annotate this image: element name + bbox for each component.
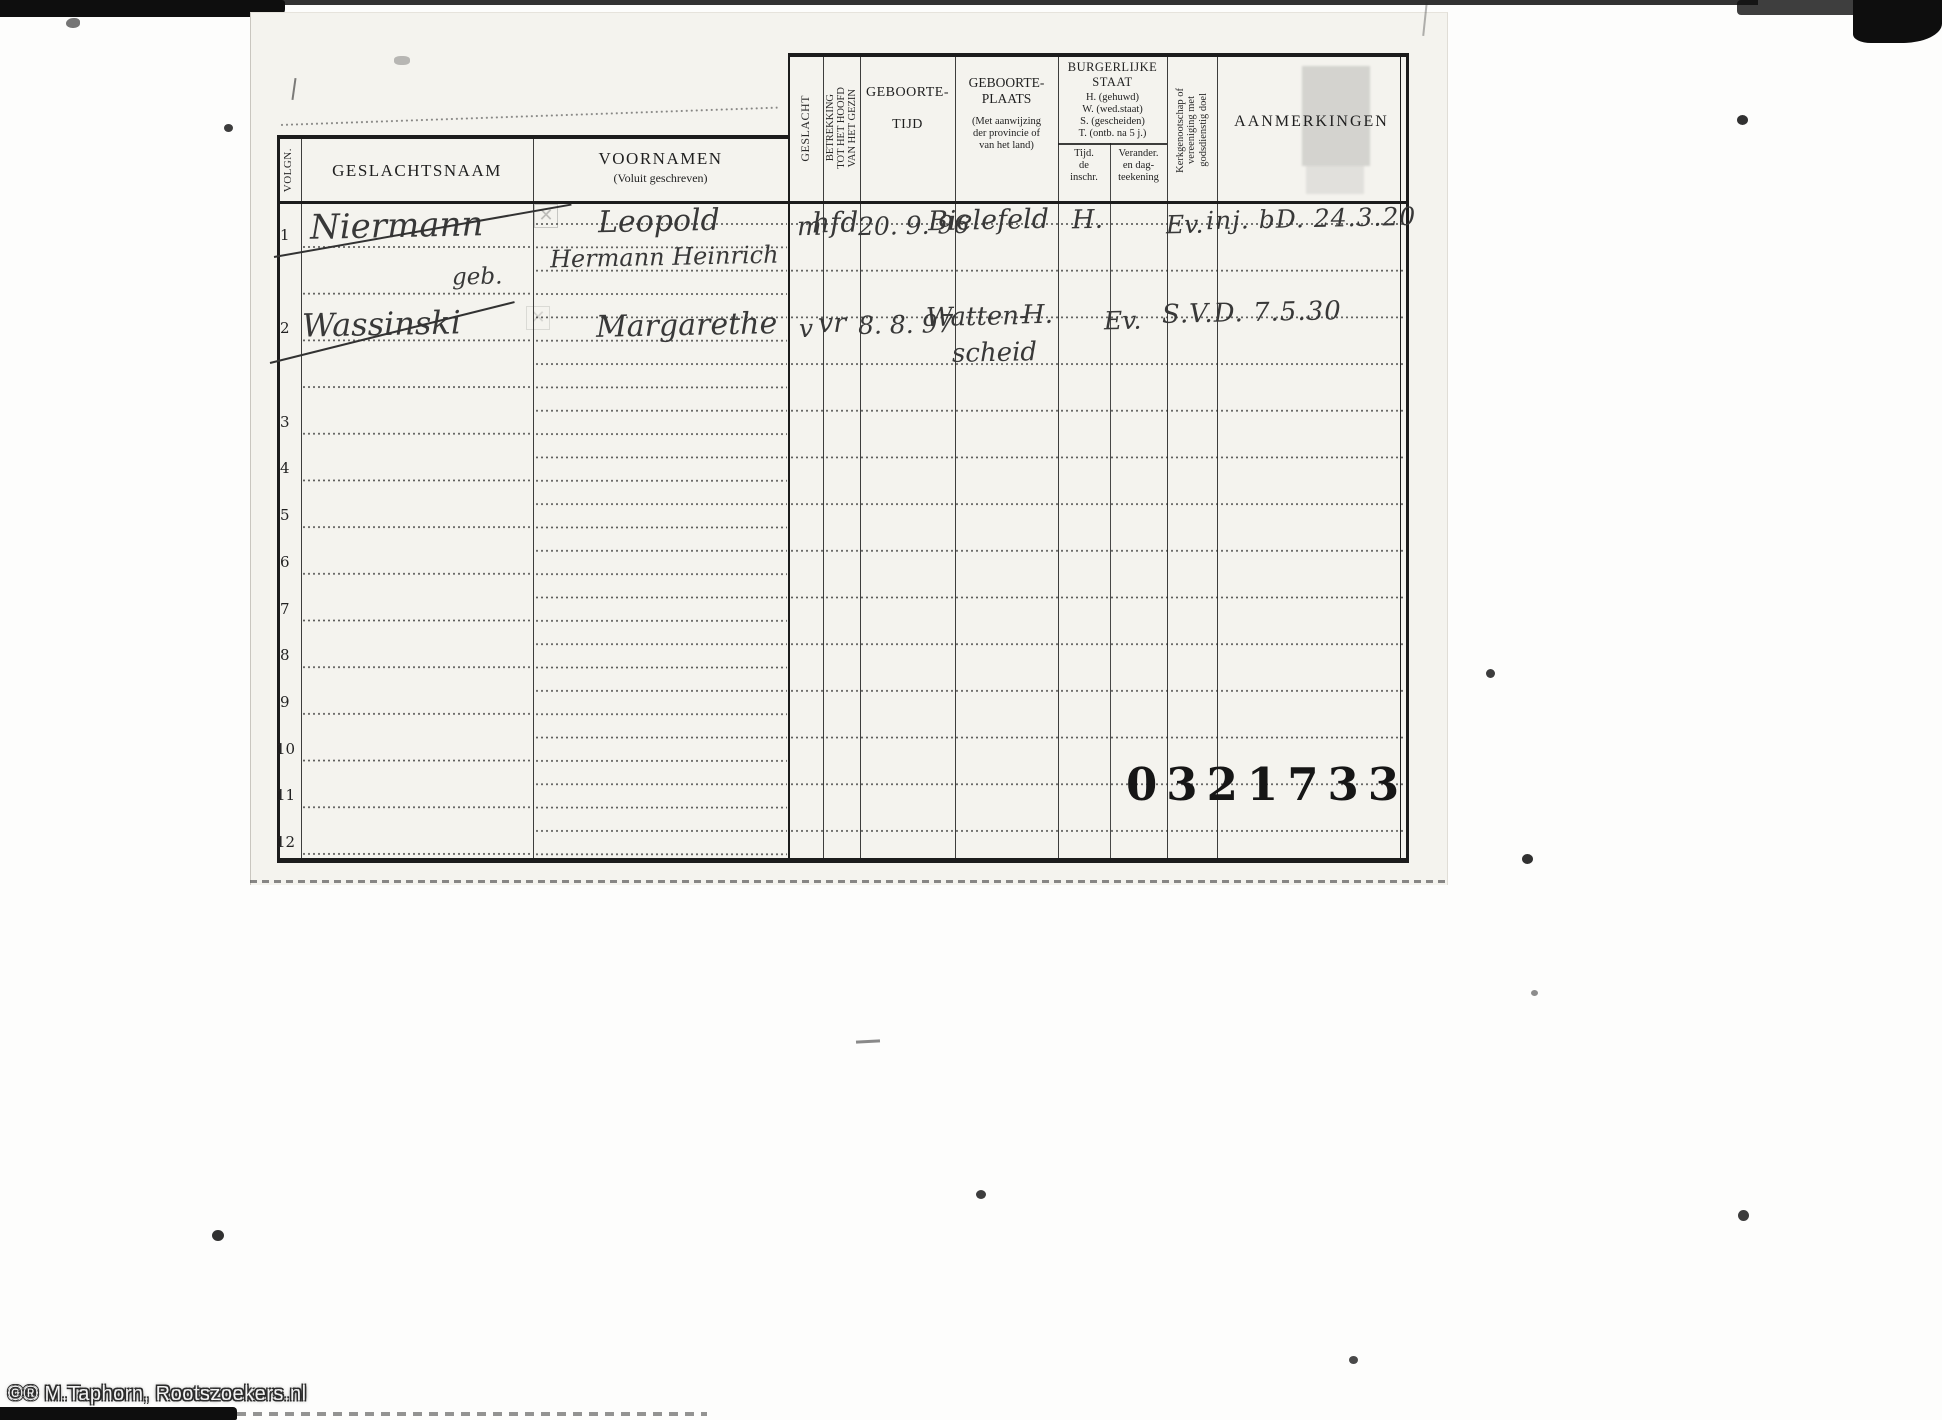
table-border-right xyxy=(1406,53,1409,863)
header-aanmerkingen: AANMERKINGEN xyxy=(1217,113,1406,131)
header-burgstaat-code1: H. (gehuwd) xyxy=(1058,92,1167,104)
speck xyxy=(1531,990,1538,996)
row-number-6: 6 xyxy=(280,553,290,571)
row-number-9: 9 xyxy=(280,693,290,711)
header-geboorteplaats-sub1: (Met aanwijzing xyxy=(955,116,1058,128)
row2-remarks: S.V.D. 7.5.30 xyxy=(1162,296,1342,330)
header-tijd-inschr-3: inschr. xyxy=(1058,172,1110,184)
header-burgstaat-line2: STAAT xyxy=(1058,75,1167,90)
row1-religion: Ev. xyxy=(1166,210,1204,240)
row1-surname: Niermann xyxy=(310,204,484,248)
burgstaat-subrow-line xyxy=(1058,143,1167,145)
scan-artifact-bottom-streak xyxy=(237,1412,707,1416)
header-betrekking-line2: TOT HET HOOFD xyxy=(836,87,847,169)
row2-note-geb: geb. xyxy=(452,263,503,290)
row2-marital-status: H. xyxy=(1022,300,1054,331)
ink-smudge-lower xyxy=(1306,166,1364,194)
header-geboortetijd-line1: GEBOORTE- xyxy=(860,85,955,101)
speck xyxy=(1522,854,1533,864)
row-number-10: 10 xyxy=(276,740,295,758)
header-burgstaat-code2: W. (wed.staat) xyxy=(1058,104,1167,116)
row-number-2: 2 xyxy=(280,319,290,337)
serial-number-stamp: 0321733 xyxy=(1126,758,1408,811)
speck xyxy=(1737,115,1748,125)
row2-surname: Wassinski xyxy=(302,303,462,344)
scan-artifact-top-streak xyxy=(1737,0,1865,15)
row-number-1: 1 xyxy=(280,226,290,244)
speck xyxy=(1349,1356,1358,1364)
speck xyxy=(212,1230,224,1241)
dotted-lines-voornamen xyxy=(535,205,787,860)
scan-artifact-top-line xyxy=(0,0,1758,5)
header-geslacht: GESLACHT xyxy=(788,57,823,199)
header-tijd-inschr: Tijd. de inschr. xyxy=(1058,148,1110,184)
header-geslacht-label: GESLACHT xyxy=(799,95,812,162)
row1-pencil-x-mark: ✕ xyxy=(534,204,558,228)
header-burgstaat-line1: BURGERLIJKE xyxy=(1058,60,1167,75)
row2-relation: vr xyxy=(818,308,847,340)
row1-birthplace: Bielefeld xyxy=(928,204,1050,238)
row1-marital-status: H. xyxy=(1072,205,1104,236)
header-voornamen: VOORNAMEN (Voluit geschreven) xyxy=(533,149,788,186)
speck xyxy=(976,1190,986,1199)
header-kerkgenootschap: Kerkgenootschap of vereeniging met godsd… xyxy=(1167,57,1217,203)
row-number-8: 8 xyxy=(280,646,290,664)
header-voornamen-label: VOORNAMEN xyxy=(533,149,788,169)
row2-religion: Ev. xyxy=(1104,306,1142,336)
row2-sex: v xyxy=(799,314,814,343)
row-number-12: 12 xyxy=(276,833,295,851)
pen-dash-mark xyxy=(856,1039,880,1043)
watermark-credit: ©® M.Taphorn, Rootszoekers.nl xyxy=(8,1383,307,1406)
row-number-7: 7 xyxy=(280,600,290,618)
header-separator xyxy=(277,201,1409,204)
header-burgstaat-code4: T. (ontb. na 5 j.) xyxy=(1058,128,1167,140)
speck xyxy=(66,18,80,28)
card-bottom-edge xyxy=(250,880,1446,883)
scan-artifact-top-right-blob xyxy=(1853,0,1942,43)
header-verander-3: teekening xyxy=(1110,172,1167,184)
header-betrekking-line3: VAN HET GEZIN xyxy=(847,89,858,167)
header-geboorteplaats: GEBOORTE- PLAATS (Met aanwijzing der pro… xyxy=(955,75,1058,152)
header-kerkgenootschap-line3: godsdienstig doel xyxy=(1198,93,1209,167)
row1-firstname: Leopold xyxy=(598,203,721,241)
row-number-5: 5 xyxy=(280,506,290,524)
row-number-11: 11 xyxy=(276,786,295,804)
header-tijd-inschr-2: de xyxy=(1058,160,1110,172)
row-number-3: 3 xyxy=(280,413,290,431)
header-verander-1: Verander. xyxy=(1110,148,1167,160)
header-betrekking-line1: BETREKKING xyxy=(825,94,836,161)
table-border-top-right xyxy=(788,53,1409,57)
header-kerkgenootschap-line1: Kerkgenootschap of xyxy=(1175,88,1186,173)
header-volgnr: VOLGN. xyxy=(277,139,301,201)
header-burgstaat: BURGERLIJKE STAAT H. (gehuwd) W. (wed.st… xyxy=(1058,60,1167,140)
row2-firstname: Margarethe xyxy=(596,306,778,345)
header-geboortetijd-line2: TIJD xyxy=(860,117,955,133)
header-geboorteplaats-sub2: der provincie of xyxy=(955,128,1058,140)
row1-relation: hfd xyxy=(812,206,859,240)
header-volgnr-label: VOLGN. xyxy=(283,148,295,192)
header-voornamen-sub: (Voluit geschreven) xyxy=(533,171,788,186)
scanned-document-page: VOLGN. GESLACHTSNAAM VOORNAMEN (Voluit g… xyxy=(0,0,1942,1420)
header-verander-2: en dag- xyxy=(1110,160,1167,172)
speck xyxy=(1486,669,1495,678)
header-geboortetijd: GEBOORTE- TIJD xyxy=(860,85,955,133)
header-betrekking: BETREKKING TOT HET HOOFD VAN HET GEZIN xyxy=(823,57,860,199)
row-number-4: 4 xyxy=(280,459,290,477)
header-tijd-inschr-1: Tijd. xyxy=(1058,148,1110,160)
header-kerkgenootschap-line2: vereeniging met xyxy=(1186,96,1197,164)
row1-middlenames: Hermann Heinrich xyxy=(550,241,779,274)
row2-birthplace-line2: scheid xyxy=(952,337,1038,369)
speck xyxy=(1738,1210,1749,1221)
row2-birthplace-line1: Watten- xyxy=(926,301,1028,333)
row1-remarks: inj. bD. 24.3.20 xyxy=(1206,202,1417,235)
smudge-mark xyxy=(394,56,410,65)
header-geboorteplaats-sub3: van het land) xyxy=(955,140,1058,152)
header-geboorteplaats-line1: GEBOORTE- xyxy=(955,75,1058,91)
header-geslachtsnaam: GESLACHTSNAAM xyxy=(301,161,533,181)
speck xyxy=(224,124,233,132)
header-burgstaat-code3: S. (gescheiden) xyxy=(1058,116,1167,128)
scan-artifact-bottom-left-bar xyxy=(0,1407,237,1420)
header-verander: Verander. en dag- teekening xyxy=(1110,148,1167,184)
col-line-geslachtsnaam xyxy=(533,137,534,862)
header-geboorteplaats-line2: PLAATS xyxy=(955,91,1058,107)
row2-pencil-x-mark: ✕ xyxy=(526,306,550,330)
